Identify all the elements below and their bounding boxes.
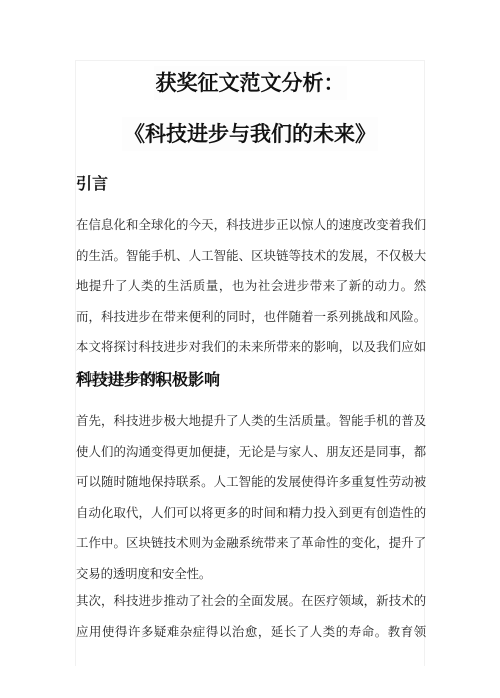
document-title-line-1: 获奖征文范文分析： xyxy=(0,66,500,100)
paragraph-positive-impact-1: 首先，科技进步极大地提升了人类的生活质量。智能手机的普及使人们的沟通变得更加便捷… xyxy=(76,406,426,589)
section-heading-positive-impact: 科技进步的积极影响 xyxy=(76,368,220,392)
paragraph-positive-impact-2: 其次，科技进步推动了社会的全面发展。在医疗领域，新技术的应用使得许多疑难杂症得以… xyxy=(76,586,426,648)
title-text-1: 获奖征文范文分析： xyxy=(154,66,347,100)
document-title-line-2: 《科技进步与我们的未来》 xyxy=(0,117,500,151)
paragraph-introduction: 在信息化和全球化的今天，科技进步正以惊人的速度改变着我们的生活。智能手机、人工智… xyxy=(76,210,426,393)
section-heading-introduction: 引言 xyxy=(76,172,108,196)
title-text-2: 《科技进步与我们的未来》 xyxy=(122,117,378,151)
